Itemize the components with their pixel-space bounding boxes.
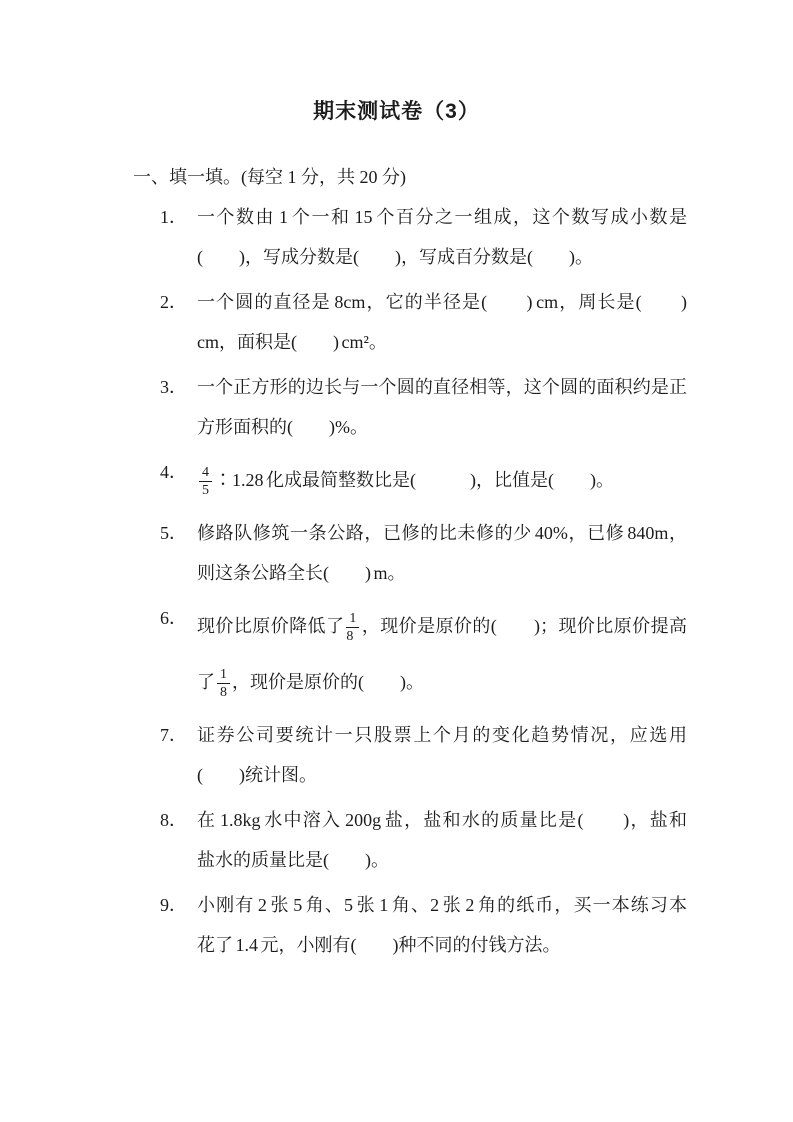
question-item: 3．一个正方形的边长与一个圆的直径相等，这个圆的面积约是正方形面积的( )%。 — [160, 367, 687, 447]
question-number: 2． — [160, 282, 197, 362]
fraction-denominator: 8 — [346, 628, 359, 644]
question-line: 现价比原价降低了18，现价是原价的( )；现价比原价提高 — [197, 598, 687, 654]
fraction-numerator: 1 — [346, 611, 359, 628]
question-body: 证券公司要统计一只股票上个月的变化趋势情况，应选用( )统计图。 — [197, 715, 687, 795]
question-body: 修路队修筑一条公路，已修的比未修的少 40%，已修 840m，则这条公路全长( … — [197, 513, 687, 593]
fraction: 45 — [199, 465, 212, 499]
question-item: 5．修路队修筑一条公路，已修的比未修的少 40%，已修 840m，则这条公路全长… — [160, 513, 687, 593]
question-item: 1．一个数由 1 个一和 15 个百分之一组成，这个数写成小数是( )，写成分数… — [160, 197, 687, 277]
question-body: 小刚有 2 张 5 角、5 张 1 角、2 张 2 角的纸币，买一本练习本花了 … — [197, 885, 687, 965]
page-title: 期末测试卷（3） — [0, 0, 793, 127]
question-line: 花了 1.4 元，小刚有( )种不同的付钱方法。 — [197, 925, 687, 965]
question-body: 在 1.8kg 水中溶入 200g 盐，盐和水的质量比是( )，盐和盐水的质量比… — [197, 800, 687, 880]
question-line: 证券公司要统计一只股票上个月的变化趋势情况，应选用 — [197, 715, 687, 755]
fraction: 18 — [217, 667, 230, 701]
question-number: 5． — [160, 513, 197, 593]
question-number: 9． — [160, 885, 197, 965]
question-number: 4． — [160, 452, 197, 508]
question-body: 一个圆的直径是 8cm，它的半径是( ) cm，周长是( )cm，面积是( ) … — [197, 282, 687, 362]
question-item: 9．小刚有 2 张 5 角、5 张 1 角、2 张 2 角的纸币，买一本练习本花… — [160, 885, 687, 965]
fraction: 18 — [346, 611, 359, 645]
question-line: 盐水的质量比是( )。 — [197, 840, 687, 880]
question-item: 4．45∶1.28 化成最简整数比是( )，比值是( )。 — [160, 452, 687, 508]
question-body: 一个正方形的边长与一个圆的直径相等，这个圆的面积约是正方形面积的( )%。 — [197, 367, 687, 447]
section-heading: 一、填一填。(每空 1 分，共 20 分) — [133, 157, 793, 197]
question-line: 45∶1.28 化成最简整数比是( )，比值是( )。 — [197, 452, 687, 508]
questions-list: 1．一个数由 1 个一和 15 个百分之一组成，这个数写成小数是( )，写成分数… — [160, 197, 687, 965]
question-line: ( )统计图。 — [197, 755, 687, 795]
question-line: 一个圆的直径是 8cm，它的半径是( ) cm，周长是( ) — [197, 282, 687, 322]
question-body: 一个数由 1 个一和 15 个百分之一组成，这个数写成小数是( )，写成分数是(… — [197, 197, 687, 277]
fraction-numerator: 1 — [217, 667, 230, 684]
question-number: 8． — [160, 800, 197, 880]
question-line: 小刚有 2 张 5 角、5 张 1 角、2 张 2 角的纸币，买一本练习本 — [197, 885, 687, 925]
question-line: ( )，写成分数是( )，写成百分数是( )。 — [197, 237, 687, 277]
question-line: cm，面积是( ) cm²。 — [197, 322, 687, 362]
question-body: 45∶1.28 化成最简整数比是( )，比值是( )。 — [197, 452, 687, 508]
question-line: 了18，现价是原价的( )。 — [197, 654, 687, 710]
fraction-numerator: 4 — [199, 465, 212, 482]
test-paper-page: 期末测试卷（3） 一、填一填。(每空 1 分，共 20 分) 1．一个数由 1 … — [0, 0, 793, 1122]
question-line: 修路队修筑一条公路，已修的比未修的少 40%，已修 840m， — [197, 513, 687, 553]
question-line: 在 1.8kg 水中溶入 200g 盐，盐和水的质量比是( )，盐和 — [197, 800, 687, 840]
question-item: 2．一个圆的直径是 8cm，它的半径是( ) cm，周长是( )cm，面积是( … — [160, 282, 687, 362]
fraction-denominator: 8 — [217, 684, 230, 700]
question-item: 7．证券公司要统计一只股票上个月的变化趋势情况，应选用( )统计图。 — [160, 715, 687, 795]
question-item: 6．现价比原价降低了18，现价是原价的( )；现价比原价提高了18，现价是原价的… — [160, 598, 687, 710]
question-number: 7． — [160, 715, 197, 795]
question-body: 现价比原价降低了18，现价是原价的( )；现价比原价提高了18，现价是原价的( … — [197, 598, 687, 710]
question-line: 一个数由 1 个一和 15 个百分之一组成，这个数写成小数是 — [197, 197, 687, 237]
question-line: 一个正方形的边长与一个圆的直径相等，这个圆的面积约是正 — [197, 367, 687, 407]
question-number: 3． — [160, 367, 197, 447]
question-item: 8．在 1.8kg 水中溶入 200g 盐，盐和水的质量比是( )，盐和盐水的质… — [160, 800, 687, 880]
question-line: 则这条公路全长( ) m。 — [197, 553, 687, 593]
question-line: 方形面积的( )%。 — [197, 407, 687, 447]
question-number: 1． — [160, 197, 197, 277]
question-number: 6． — [160, 598, 197, 710]
fraction-denominator: 5 — [199, 482, 212, 498]
